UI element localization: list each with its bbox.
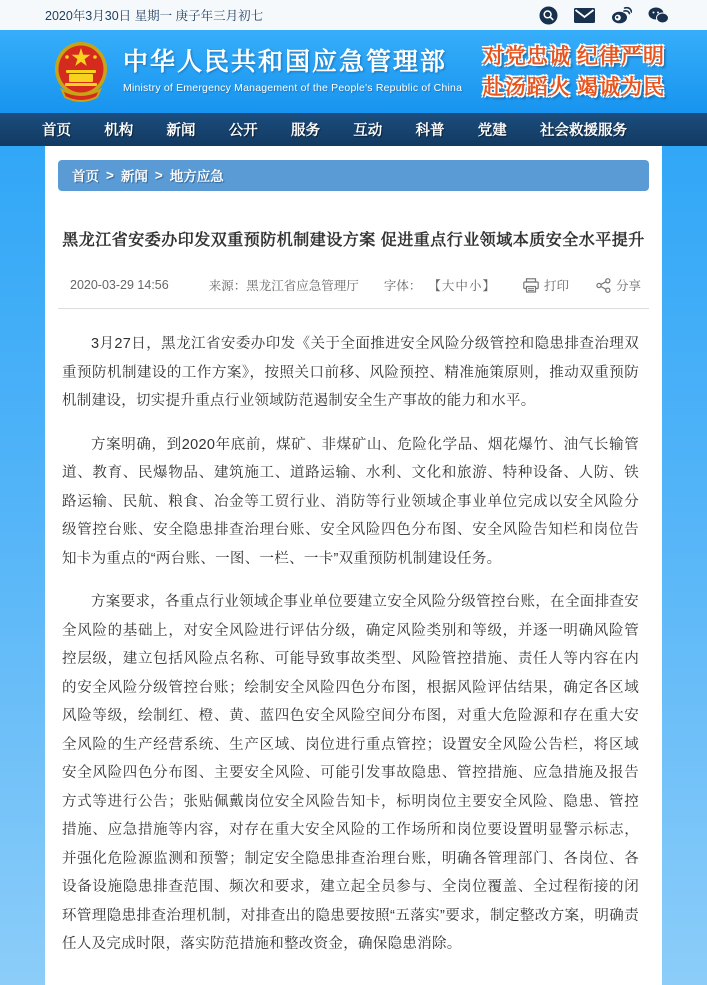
breadcrumb-home-link[interactable]: 首页 <box>72 165 99 185</box>
font-size-small-button[interactable]: 小 <box>469 279 483 293</box>
lunar-date-text: 2020年3月30日 星期一 庚子年三月初七 <box>45 6 263 24</box>
share-nodes-icon <box>596 278 611 293</box>
bracket-open: 【 <box>428 279 442 293</box>
nav-item-news[interactable]: 新闻 <box>167 119 196 140</box>
print-label: 打印 <box>544 276 569 294</box>
breadcrumb-current: 地方应急 <box>170 165 224 185</box>
nav-item-party[interactable]: 党建 <box>478 119 507 140</box>
breadcrumb: 首页 > 新闻 > 地方应急 <box>58 160 649 191</box>
share-label: 分享 <box>616 276 641 294</box>
breadcrumb-news-link[interactable]: 新闻 <box>121 165 148 185</box>
publish-datetime: 2020-03-29 14:56 <box>70 278 169 292</box>
wechat-icon[interactable] <box>648 7 669 24</box>
article-paragraph: 方案明确，到2020年底前，煤矿、非煤矿山、危险化学品、烟花爆竹、油气长输管道、… <box>62 431 639 574</box>
top-utility-bar: 2020年3月30日 星期一 庚子年三月初七 <box>0 0 707 30</box>
national-emblem-icon <box>52 40 110 104</box>
nav-item-services[interactable]: 服务 <box>291 119 320 140</box>
print-button[interactable]: 打印 <box>523 276 569 294</box>
weibo-icon[interactable] <box>611 6 632 24</box>
breadcrumb-separator: > <box>155 168 163 183</box>
nav-item-organization[interactable]: 机构 <box>104 119 133 140</box>
site-masthead: 中华人民共和国应急管理部 Ministry of Emergency Manag… <box>0 30 707 113</box>
breadcrumb-separator: > <box>106 168 114 183</box>
mail-icon[interactable] <box>574 8 595 23</box>
font-size-medium-button[interactable]: 中 <box>455 279 469 293</box>
nav-item-disclosure[interactable]: 公开 <box>229 119 258 140</box>
nav-item-home[interactable]: 首页 <box>42 119 71 140</box>
site-title-block: 中华人民共和国应急管理部 Ministry of Emergency Manag… <box>123 49 462 94</box>
printer-icon <box>523 278 539 293</box>
topbar-icon-group <box>539 6 669 25</box>
article-paragraph: 3月27日，黑龙江省安委办印发《关于全面推进安全风险分级管控和隐患排查治理双重预… <box>62 330 639 416</box>
article-title: 黑龙江省安委办印发双重预防机制建设方案 促进重点行业领域本质安全水平提升 <box>58 227 649 250</box>
page-background: 首页 > 新闻 > 地方应急 黑龙江省安委办印发双重预防机制建设方案 促进重点行… <box>0 146 707 985</box>
article-source: 来源：黑龙江省应急管理厅 <box>209 276 359 294</box>
main-navigation: 首页 机构 新闻 公开 服务 互动 科普 党建 社会救援服务 <box>0 113 707 146</box>
article-meta-row: 2020-03-29 14:56 来源：黑龙江省应急管理厅 字体： 【大中小】 <box>58 276 649 309</box>
bracket-close: 】 <box>482 279 496 293</box>
meta-tools-group: 字体： 【大中小】 打印 <box>384 276 641 294</box>
search-icon[interactable] <box>539 6 558 25</box>
site-subtitle-en: Ministry of Emergency Management of the … <box>123 82 462 94</box>
slogan-line-2: 赴汤蹈火 竭诚为民 <box>483 72 665 102</box>
font-size-label: 字体： <box>384 276 422 294</box>
nav-item-social-rescue[interactable]: 社会救援服务 <box>540 119 627 140</box>
article-body: 3月27日，黑龙江省安委办印发《关于全面推进安全风险分级管控和隐患排查治理双重预… <box>58 309 649 959</box>
party-slogan: 对党忠诚 纪律严明 赴汤蹈火 竭诚为民 <box>483 41 665 102</box>
content-column: 首页 > 新闻 > 地方应急 黑龙江省安委办印发双重预防机制建设方案 促进重点行… <box>45 146 662 985</box>
nav-item-interaction[interactable]: 互动 <box>353 119 382 140</box>
font-size-control: 【大中小】 <box>428 276 496 294</box>
meta-left-group: 2020-03-29 14:56 来源：黑龙江省应急管理厅 <box>70 276 359 294</box>
font-size-large-button[interactable]: 大 <box>442 279 456 293</box>
share-button[interactable]: 分享 <box>596 276 641 294</box>
site-title: 中华人民共和国应急管理部 <box>123 49 462 77</box>
nav-item-science[interactable]: 科普 <box>416 119 445 140</box>
slogan-line-1: 对党忠诚 纪律严明 <box>483 41 665 71</box>
article-paragraph: 方案要求，各重点行业领域企事业单位要建立安全风险分级管控台账，在全面排查安全风险… <box>62 588 639 959</box>
